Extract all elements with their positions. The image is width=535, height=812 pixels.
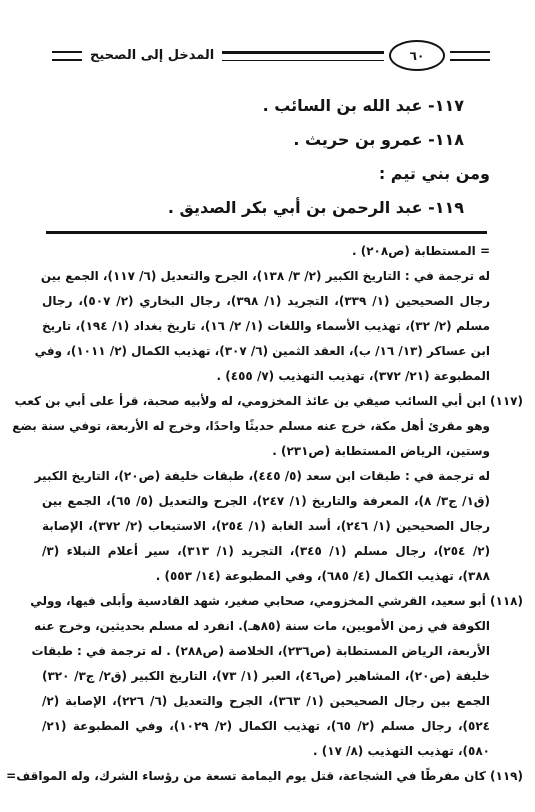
footnote-line: له ترجمة في : طبقات ابن سعد (٥/ ٤٤٥)، طب… bbox=[42, 464, 490, 489]
tribe-heading: ومن بني تيم : bbox=[45, 157, 490, 191]
footnote-sources-116: له ترجمة في : التاريخ الكبير (٢/ ٣/ ١٣٨)… bbox=[42, 264, 490, 389]
book-title: المدخل إلى الصحيح bbox=[87, 48, 217, 63]
book-page: ٦٠ المدخل إلى الصحيح ١١٧- عبد الله بن ال… bbox=[0, 0, 535, 812]
header-rule-left bbox=[52, 51, 82, 61]
footnote-line: رجال الصحيحين (١/ ٣٣٩)، التجريد (١/ ٣٩٨)… bbox=[42, 289, 490, 314]
entry-117: ١١٧- عبد الله بن السائب . bbox=[45, 89, 490, 123]
footnote-line: = المستطابة (ص٢٠٨) . bbox=[42, 239, 490, 264]
footnote-119: (١١٩) كان مفرطًا في الشجاعة، قتل يوم الي… bbox=[42, 764, 490, 789]
footnote-line: المطبوعة (٢١/ ٣٧٢)، تهذيب التهذيب (٧/ ٤٥… bbox=[42, 364, 490, 389]
footnote-line: ابن عساكر (١٣/ ١٦/ ب)، العقد الثمين (٦/ … bbox=[42, 339, 490, 364]
footnote-line: الكوفة في زمن الأمويين، مات سنة (٨٥هـ). … bbox=[42, 614, 490, 639]
footnote-line: (١١٧) ابن أبي السائب صيفي بن عائذ المخزو… bbox=[42, 389, 523, 414]
footnote-line: وهو مقرئ أهل مكة، خرج عنه مسلم حديثًا وا… bbox=[42, 414, 490, 439]
footnote-divider bbox=[46, 231, 487, 234]
footnote-line: خليفة (ص٢٠)، المشاهير (ص٤٦)، العبر (١/ ٧… bbox=[42, 664, 490, 689]
footnote-continuation: = المستطابة (ص٢٠٨) . bbox=[42, 239, 490, 264]
footnote-line: رجال الصحيحين (١/ ٢٤٦)، أسد الغابة (١/ ٢… bbox=[42, 514, 490, 539]
entry-118: ١١٨- عمرو بن حريث . bbox=[45, 123, 490, 157]
footnotes-section: = المستطابة (ص٢٠٨) . له ترجمة في : التار… bbox=[42, 239, 490, 789]
footnote-line: وستين، الرياض المستطابة (ص٢٣١) . bbox=[42, 439, 490, 464]
entry-119: ١١٩- عبد الرحمن بن أبي بكر الصديق . bbox=[45, 191, 490, 225]
header-rule-right bbox=[450, 51, 490, 61]
footnote-line: (١١٨) أبو سعيد، القرشي المخزومي، صحابي ص… bbox=[42, 589, 523, 614]
footnote-117: (١١٧) ابن أبي السائب صيفي بن عائذ المخزو… bbox=[42, 389, 490, 464]
footnote-line: ٥٢٤)، رجال مسلم (٢/ ٦٥)، تهذيب الكمال (٢… bbox=[42, 714, 490, 739]
footnote-sources-117: له ترجمة في : طبقات ابن سعد (٥/ ٤٤٥)، طب… bbox=[42, 464, 490, 589]
footnote-line: (١١٩) كان مفرطًا في الشجاعة، قتل يوم الي… bbox=[42, 764, 523, 789]
footnote-line: ٥٨٠)، تهذيب التهذيب (٨/ ١٧) . bbox=[42, 739, 490, 764]
header-rule-middle bbox=[222, 51, 384, 61]
footnote-line: مسلم (٢/ ٣٢)، تهذيب الأسماء واللغات (١/ … bbox=[42, 314, 490, 339]
page-header: ٦٠ المدخل إلى الصحيح bbox=[52, 40, 490, 71]
footnote-118: (١١٨) أبو سعيد، القرشي المخزومي، صحابي ص… bbox=[42, 589, 490, 764]
footnote-line: (٢/ ٢٥٤)، رجال مسلم (١/ ٣٤٥)، التجريد (١… bbox=[42, 539, 490, 564]
footnote-line: ٣٨٨)، تهذيب الكمال (٤/ ٦٨٥)، وفي المطبوع… bbox=[42, 564, 490, 589]
body-text: ١١٧- عبد الله بن السائب . ١١٨- عمرو بن ح… bbox=[45, 89, 490, 225]
footnote-line: الأربعة، الرياض المستطابة (ص٢٣٦)، الخلاص… bbox=[42, 639, 490, 664]
footnote-line: الجمع بين رجال الصحيحين (١/ ٣٦٣)، الجرح … bbox=[42, 689, 490, 714]
page-number-badge: ٦٠ bbox=[389, 40, 445, 71]
footnote-line: له ترجمة في : التاريخ الكبير (٢/ ٣/ ١٣٨)… bbox=[42, 264, 490, 289]
footnote-line: (ق١/ ج٣/ ٨)، المعرفة والتاريخ (١/ ٢٤٧)، … bbox=[42, 489, 490, 514]
